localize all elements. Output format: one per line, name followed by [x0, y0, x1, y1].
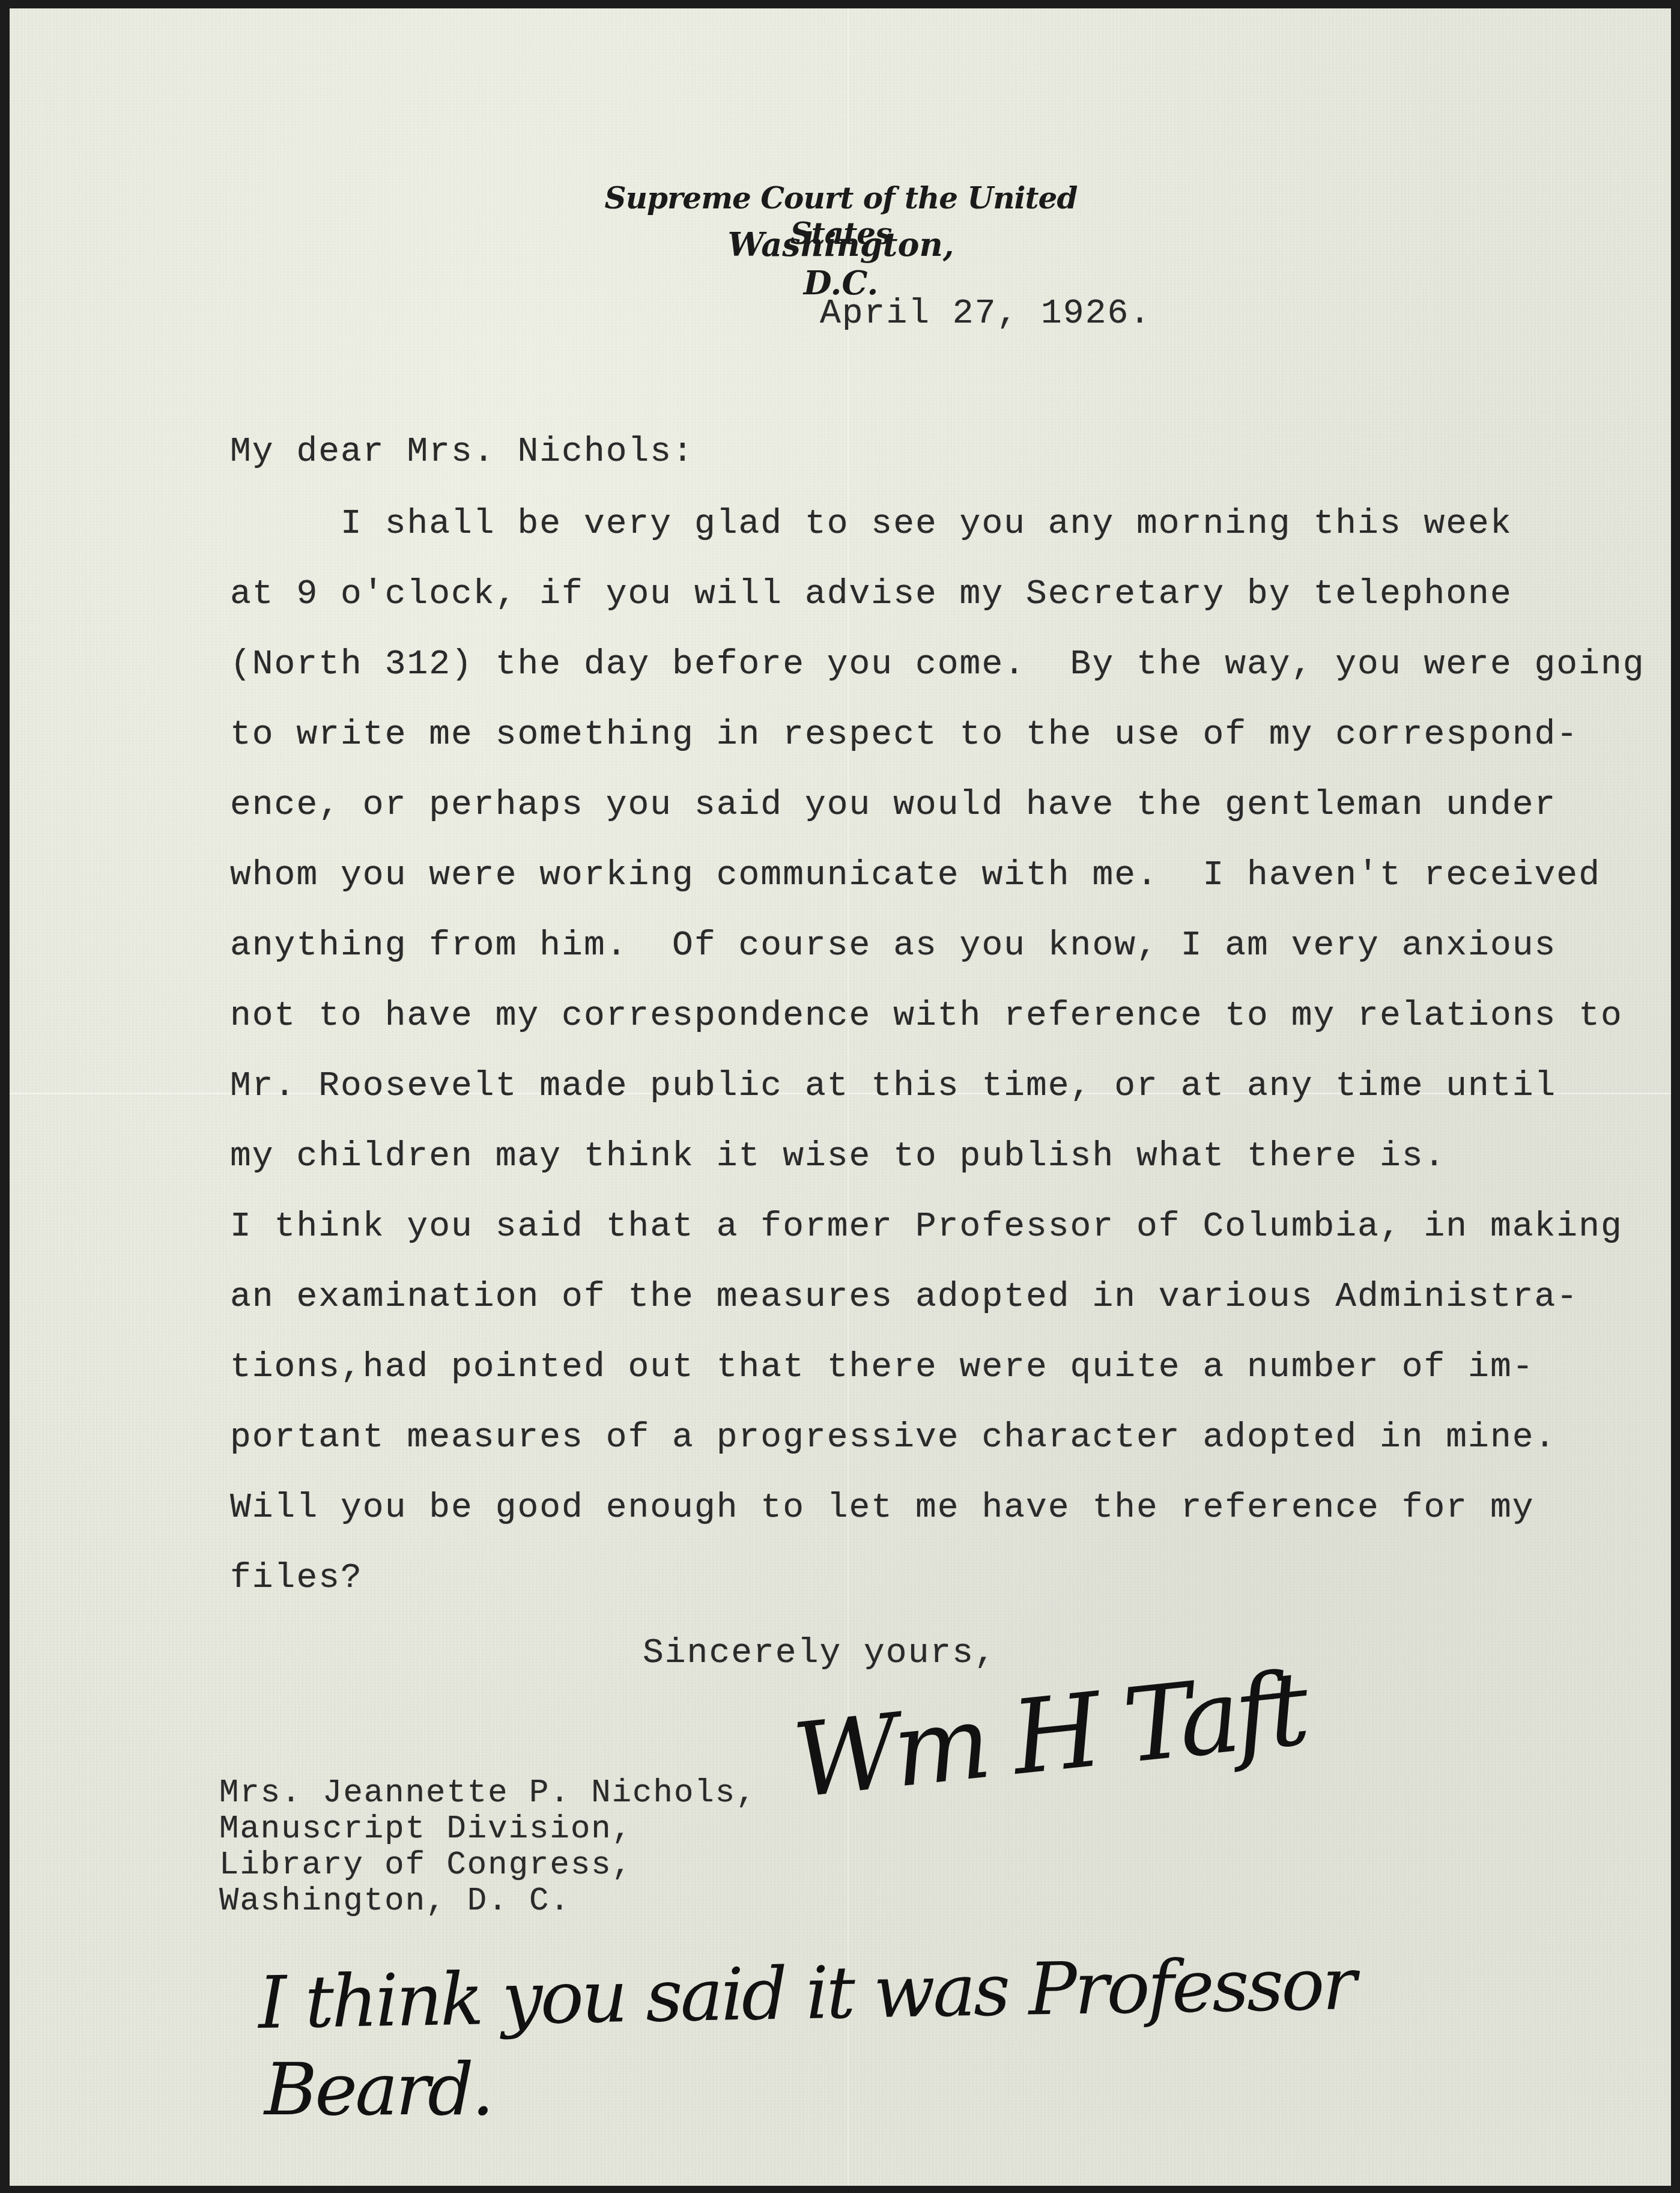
letterhead-city: Washington, D.C.	[709, 225, 973, 302]
address-line: Mrs. Jeannette P. Nichols,	[219, 1775, 757, 1812]
letter-date: April 27, 1926.	[820, 294, 1151, 333]
body-line: Mr. Roosevelt made public at this time, …	[230, 1067, 1556, 1106]
body-line: I shall be very glad to see you any morn…	[230, 505, 1512, 544]
salutation: My dear Mrs. Nichols:	[230, 432, 694, 472]
body-line: an examination of the measures adopted i…	[230, 1278, 1578, 1317]
body-line: files?	[230, 1559, 363, 1598]
body-line: to write me something in respect to the …	[230, 715, 1578, 754]
address-line: Manuscript Division,	[219, 1811, 632, 1848]
body-line: (North 312) the day before you come. By …	[230, 645, 1645, 684]
address-line: Library of Congress,	[219, 1847, 632, 1884]
body-line: whom you were working communicate with m…	[230, 856, 1601, 895]
body-line: not to have my correspondence with refer…	[230, 996, 1623, 1036]
body-line: anything from him. Of course as you know…	[230, 926, 1556, 965]
closing: Sincerely yours,	[643, 1634, 996, 1673]
body-line: at 9 o'clock, if you will advise my Secr…	[230, 575, 1512, 614]
body-line: Will you be good enough to let me have t…	[230, 1488, 1535, 1527]
address-line: Washington, D. C.	[219, 1883, 571, 1920]
body-line: ence, or perhaps you said you would have…	[230, 786, 1556, 825]
body-line: tions,had pointed out that there were qu…	[230, 1348, 1535, 1387]
body-line: portant measures of a progressive charac…	[230, 1418, 1556, 1457]
handwritten-postscript-line: Beard.	[264, 2048, 492, 2132]
body-line: I think you said that a former Professor…	[230, 1207, 1623, 1246]
body-line: my children may think it wise to publish…	[230, 1137, 1446, 1176]
